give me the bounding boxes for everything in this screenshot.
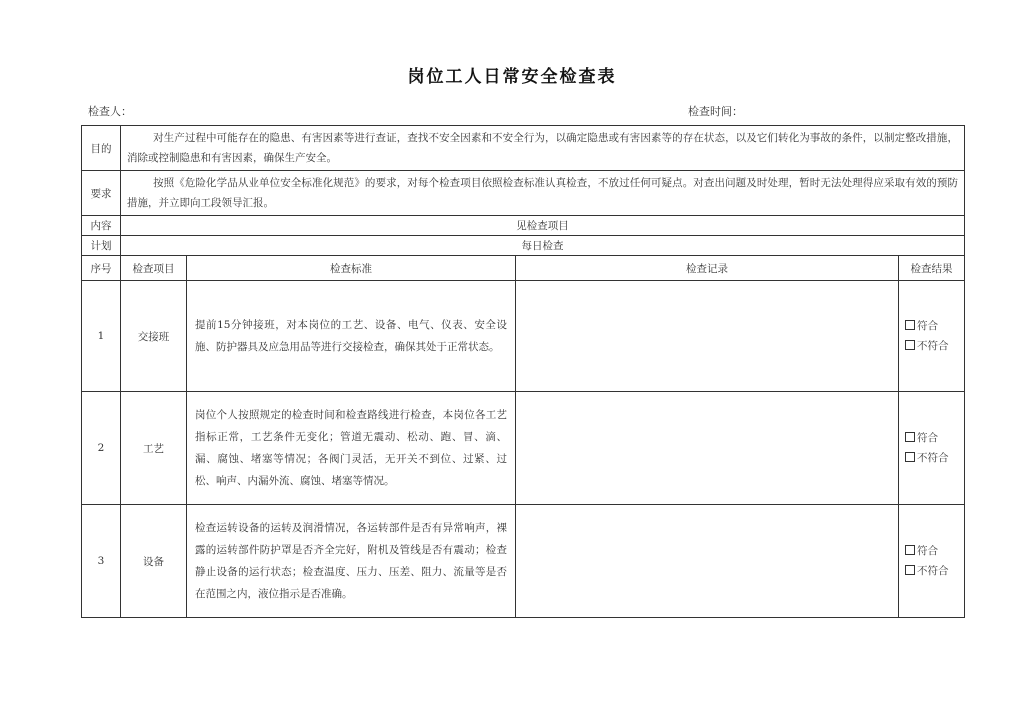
purpose-row: 目的 对生产过程中可能存在的隐患、有害因素等进行查证，查找不安全因素和不安全行为… bbox=[82, 126, 965, 171]
content-value: 见检查项目 bbox=[121, 216, 965, 236]
row-result: 符合 不符合 bbox=[899, 505, 965, 618]
result-option-pass[interactable]: 符合 bbox=[905, 316, 964, 336]
inspection-time-label: 检查时间： bbox=[688, 103, 743, 119]
plan-value: 每日检查 bbox=[121, 236, 965, 256]
checkbox-icon[interactable] bbox=[905, 565, 915, 575]
row-no: 1 bbox=[82, 281, 121, 392]
row-standard: 岗位个人按照规定的检查时间和检查路线进行检查，本岗位各工艺指标正常，工艺条件无变… bbox=[187, 392, 516, 505]
result-option-fail[interactable]: 不符合 bbox=[905, 561, 964, 581]
result-option-fail[interactable]: 不符合 bbox=[905, 448, 964, 468]
purpose-label: 目的 bbox=[82, 126, 121, 171]
requirement-label: 要求 bbox=[82, 171, 121, 216]
purpose-text: 对生产过程中可能存在的隐患、有害因素等进行查证，查找不安全因素和不安全行为，以确… bbox=[127, 132, 958, 164]
header-item: 检查项目 bbox=[121, 256, 187, 281]
requirement-text: 按照《危险化学品从业单位安全标准化规范》的要求，对每个检查项目依照检查标准认真检… bbox=[127, 177, 958, 209]
row-record-input[interactable] bbox=[516, 392, 899, 505]
requirement-row: 要求 按照《危险化学品从业单位安全标准化规范》的要求，对每个检查项目依照检查标准… bbox=[82, 171, 965, 216]
requirement-cell: 按照《危险化学品从业单位安全标准化规范》的要求，对每个检查项目依照检查标准认真检… bbox=[121, 171, 965, 216]
checkbox-icon[interactable] bbox=[905, 545, 915, 555]
result-option-pass[interactable]: 符合 bbox=[905, 541, 964, 561]
row-item: 工艺 bbox=[121, 392, 187, 505]
row-standard: 检查运转设备的运转及润滑情况，各运转部件是否有异常响声，裸露的运转部件防护罩是否… bbox=[187, 505, 516, 618]
inspector-label: 检查人： bbox=[88, 103, 132, 119]
header-no: 序号 bbox=[82, 256, 121, 281]
row-item: 设备 bbox=[121, 505, 187, 618]
document-title: 岗位工人日常安全检查表 bbox=[0, 62, 1024, 87]
row-item: 交接班 bbox=[121, 281, 187, 392]
checkbox-icon[interactable] bbox=[905, 452, 915, 462]
row-result: 符合 不符合 bbox=[899, 281, 965, 392]
content-label: 内容 bbox=[82, 216, 121, 236]
plan-label: 计划 bbox=[82, 236, 121, 256]
header-standard: 检查标准 bbox=[187, 256, 516, 281]
row-no: 2 bbox=[82, 392, 121, 505]
row-result: 符合 不符合 bbox=[899, 392, 965, 505]
table-header-row: 序号 检查项目 检查标准 检查记录 检查结果 bbox=[82, 256, 965, 281]
header-result: 检查结果 bbox=[899, 256, 965, 281]
plan-row: 计划 每日检查 bbox=[82, 236, 965, 256]
result-option-pass[interactable]: 符合 bbox=[905, 428, 964, 448]
table-row: 2 工艺 岗位个人按照规定的检查时间和检查路线进行检查，本岗位各工艺指标正常，工… bbox=[82, 392, 965, 505]
table-row: 3 设备 检查运转设备的运转及润滑情况，各运转部件是否有异常响声，裸露的运转部件… bbox=[82, 505, 965, 618]
safety-checklist-table: 目的 对生产过程中可能存在的隐患、有害因素等进行查证，查找不安全因素和不安全行为… bbox=[81, 125, 965, 618]
table-row: 1 交接班 提前15分钟接班，对本岗位的工艺、设备、电气、仪表、安全设施、防护器… bbox=[82, 281, 965, 392]
result-option-fail[interactable]: 不符合 bbox=[905, 336, 964, 356]
row-record-input[interactable] bbox=[516, 505, 899, 618]
row-no: 3 bbox=[82, 505, 121, 618]
row-record-input[interactable] bbox=[516, 281, 899, 392]
checkbox-icon[interactable] bbox=[905, 340, 915, 350]
header-record: 检查记录 bbox=[516, 256, 899, 281]
checkbox-icon[interactable] bbox=[905, 320, 915, 330]
content-row: 内容 见检查项目 bbox=[82, 216, 965, 236]
purpose-cell: 对生产过程中可能存在的隐患、有害因素等进行查证，查找不安全因素和不安全行为，以确… bbox=[121, 126, 965, 171]
checkbox-icon[interactable] bbox=[905, 432, 915, 442]
row-standard: 提前15分钟接班，对本岗位的工艺、设备、电气、仪表、安全设施、防护器具及应急用品… bbox=[187, 281, 516, 392]
